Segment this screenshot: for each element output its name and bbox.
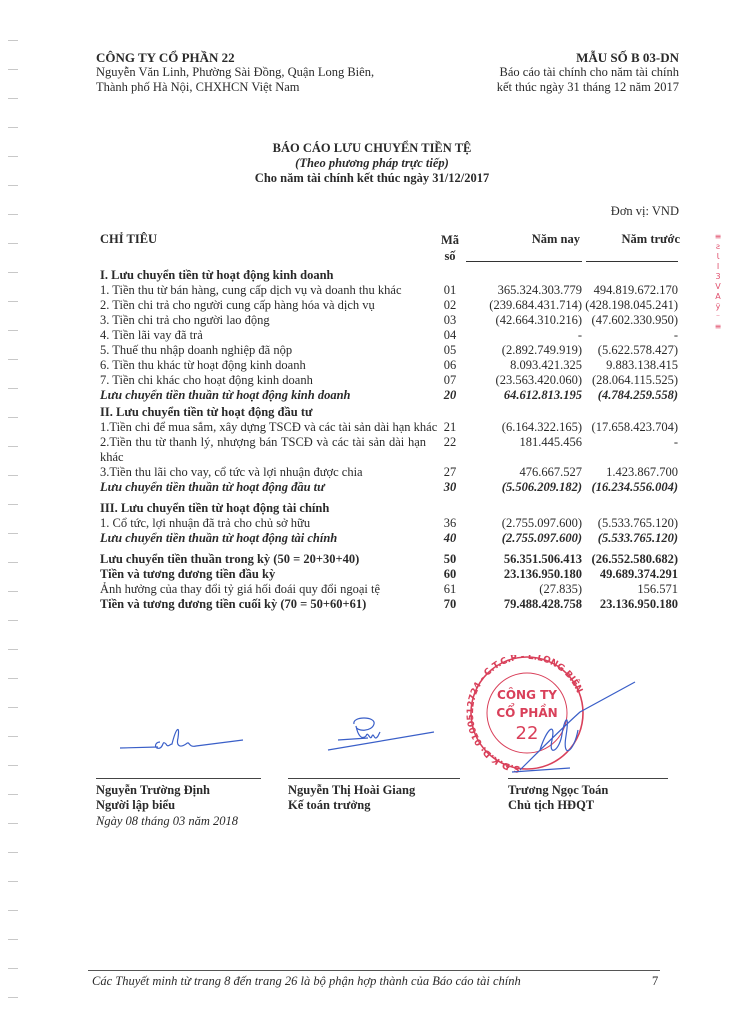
- row-label: Lưu chuyển tiền thuần từ hoạt động đầu t…: [100, 480, 430, 495]
- binder-mark: [8, 127, 18, 128]
- table-row: 7. Tiền chi khác cho hoạt động kinh doan…: [96, 373, 680, 388]
- signing-date: Ngày 08 tháng 03 năm 2018: [96, 814, 238, 829]
- binder-mark: [8, 823, 18, 824]
- header-code: Mã số: [440, 232, 460, 264]
- company-name: CÔNG TY CỔ PHẦN 22: [96, 50, 374, 65]
- row-label: Lưu chuyển tiền thuần trong kỳ (50 = 20+…: [100, 552, 430, 567]
- binder-mark: [8, 765, 18, 766]
- row-label: 6. Tiền thu khác từ hoạt động kinh doanh: [100, 358, 430, 373]
- header-underline-current: [466, 261, 582, 262]
- header-code-line2: số: [440, 248, 460, 264]
- binder-mark: [8, 997, 18, 998]
- signature-line: [508, 778, 668, 779]
- row-code: 04: [436, 328, 464, 343]
- row-current-year: (5.506.209.182): [464, 480, 582, 495]
- table-row: 4. Tiền lãi vay đã trả04--: [96, 328, 680, 343]
- row-code: 07: [436, 373, 464, 388]
- row-label: Lưu chuyển tiền thuần từ hoạt động kinh …: [100, 388, 430, 403]
- row-current-year: (42.664.310.216): [464, 313, 582, 328]
- footer-rule: [88, 970, 660, 971]
- binder-mark: [8, 968, 18, 969]
- form-header: MẪU SỐ B 03-DN Báo cáo tài chính cho năm…: [497, 50, 679, 95]
- binder-mark: [8, 243, 18, 244]
- binder-mark: [8, 446, 18, 447]
- row-label: Ảnh hưởng của thay đổi tỷ giá hối đoái q…: [100, 582, 430, 597]
- row-code: 60: [436, 567, 464, 582]
- row-code: 06: [436, 358, 464, 373]
- binder-mark: [8, 214, 18, 215]
- preparer-role: Người lập biểu: [96, 798, 261, 813]
- signer-chairman: Trương Ngọc Toán Chủ tịch HĐQT: [508, 778, 668, 813]
- total-row: Lưu chuyển tiền thuần trong kỳ (50 = 20+…: [96, 552, 680, 567]
- row-previous-year: -: [582, 435, 678, 450]
- row-current-year: 64.612.813.195: [464, 388, 582, 403]
- binder-mark: [8, 272, 18, 273]
- company-address-line1: Nguyễn Văn Linh, Phường Sài Đồng, Quận L…: [96, 65, 374, 80]
- company-header: CÔNG TY CỔ PHẦN 22 Nguyễn Văn Linh, Phườ…: [96, 50, 374, 95]
- binder-mark: [8, 417, 18, 418]
- accountant-signature: [326, 714, 436, 756]
- form-code: MẪU SỐ B 03-DN: [497, 50, 679, 65]
- row-previous-year: (5.533.765.120): [582, 531, 678, 546]
- binder-mark: [8, 69, 18, 70]
- cash-flow-table: I. Lưu chuyển tiền từ hoạt động kinh doa…: [96, 268, 680, 612]
- binder-mark: [8, 620, 18, 621]
- report-description-line2: kết thúc ngày 31 tháng 12 năm 2017: [497, 80, 679, 95]
- report-method: (Theo phương pháp trực tiếp): [0, 156, 744, 171]
- row-code: 05: [436, 343, 464, 358]
- binder-mark: [8, 40, 18, 41]
- row-code: 01: [436, 283, 464, 298]
- row-label: Tiền và tương đương tiền đầu kỳ: [100, 567, 430, 582]
- row-previous-year: 9.883.138.415: [582, 358, 678, 373]
- binder-mark: [8, 649, 18, 650]
- binder-mark: [8, 852, 18, 853]
- row-label: Lưu chuyển tiền thuần từ hoạt động tài c…: [100, 531, 430, 546]
- row-previous-year: (17.658.423.704): [582, 420, 678, 435]
- row-previous-year: 1.423.867.700: [582, 465, 678, 480]
- signer-chief-accountant: Nguyễn Thị Hoài Giang Kế toán trưởng: [288, 778, 460, 813]
- report-period: Cho năm tài chính kết thúc ngày 31/12/20…: [0, 171, 744, 186]
- row-label: 1.Tiền chi để mua sắm, xây dựng TSCĐ và …: [100, 420, 430, 435]
- table-row: 1. Tiền thu từ bán hàng, cung cấp dịch v…: [96, 283, 680, 298]
- row-previous-year: (47.602.330.950): [582, 313, 678, 328]
- binder-mark: [8, 881, 18, 882]
- row-label: 7. Tiền chi khác cho hoạt động kinh doan…: [100, 373, 430, 388]
- row-label: 3.Tiền thu lãi cho vay, cổ tức và lợi nh…: [100, 465, 430, 480]
- chairman-role: Chủ tịch HĐQT: [508, 798, 668, 813]
- footer-note: Các Thuyết minh từ trang 8 đến trang 26 …: [92, 974, 521, 989]
- row-code: 61: [436, 582, 464, 597]
- row-current-year: 476.667.527: [464, 465, 582, 480]
- row-previous-year: (5.533.765.120): [582, 516, 678, 531]
- row-current-year: (6.164.322.165): [464, 420, 582, 435]
- signature-line: [288, 778, 460, 779]
- chairman-signature: [500, 680, 640, 780]
- row-previous-year: 23.136.950.180: [582, 597, 678, 612]
- total-row: Tiền và tương đương tiền đầu kỳ6023.136.…: [96, 567, 680, 582]
- row-current-year: (23.563.420.060): [464, 373, 582, 388]
- row-code: 02: [436, 298, 464, 313]
- row-current-year: 56.351.506.413: [464, 552, 582, 567]
- company-address-line2: Thành phố Hà Nội, CHXHCN Việt Nam: [96, 80, 374, 95]
- subtotal-row: Lưu chuyển tiền thuần từ hoạt động tài c…: [96, 531, 680, 546]
- binder-mark: [8, 591, 18, 592]
- row-previous-year: (5.622.578.427): [582, 343, 678, 358]
- row-label: 4. Tiền lãi vay đã trả: [100, 328, 430, 343]
- signer-preparer: Nguyễn Trường Định Người lập biểu: [96, 778, 261, 813]
- table-row: 3. Tiền chi trả cho người lao động03(42.…: [96, 313, 680, 328]
- row-current-year: 8.093.421.325: [464, 358, 582, 373]
- table-row: 1.Tiền chi để mua sắm, xây dựng TSCĐ và …: [96, 420, 680, 435]
- chairman-name: Trương Ngọc Toán: [508, 783, 668, 798]
- row-label: 5. Thuế thu nhập doanh nghiệp đã nộp: [100, 343, 430, 358]
- row-current-year: 181.445.456: [464, 435, 582, 450]
- row-previous-year: (428.198.045.241): [582, 298, 678, 313]
- binder-mark: [8, 533, 18, 534]
- header-item: CHỈ TIÊU: [100, 232, 157, 247]
- page-number: 7: [652, 974, 658, 989]
- row-current-year: 23.136.950.180: [464, 567, 582, 582]
- row-code: 50: [436, 552, 464, 567]
- row-code: 70: [436, 597, 464, 612]
- row-label: I. Lưu chuyển tiền từ hoạt động kinh doa…: [100, 268, 430, 283]
- row-current-year: (239.684.431.714): [464, 298, 582, 313]
- row-label: III. Lưu chuyển tiền từ hoạt động tài ch…: [100, 501, 430, 516]
- row-code: 20: [436, 388, 464, 403]
- row-code: 21: [436, 420, 464, 435]
- chief-accountant-role: Kế toán trưởng: [288, 798, 460, 813]
- table-header: CHỈ TIÊU Mã số Năm nay Năm trước: [96, 232, 680, 266]
- row-label: 1. Tiền thu từ bán hàng, cung cấp dịch v…: [100, 283, 430, 298]
- subtotal-row: Lưu chuyển tiền thuần từ hoạt động đầu t…: [96, 480, 680, 495]
- row-code: 27: [436, 465, 464, 480]
- row-label: 3. Tiền chi trả cho người lao động: [100, 313, 430, 328]
- header-code-line1: Mã: [440, 232, 460, 248]
- row-current-year: (2.755.097.600): [464, 516, 582, 531]
- table-row: Ảnh hưởng của thay đổi tỷ giá hối đoái q…: [96, 582, 680, 597]
- row-current-year: -: [464, 328, 582, 343]
- binder-mark: [8, 301, 18, 302]
- report-title: BÁO CÁO LƯU CHUYỂN TIỀN TỆ: [0, 141, 744, 156]
- subtotal-row: Lưu chuyển tiền thuần từ hoạt động kinh …: [96, 388, 680, 403]
- row-previous-year: (16.234.556.004): [582, 480, 678, 495]
- binder-mark: [8, 98, 18, 99]
- binder-mark: [8, 707, 18, 708]
- row-label: 2. Tiền chi trả cho người cung cấp hàng …: [100, 298, 430, 313]
- row-current-year: (2.755.097.600): [464, 531, 582, 546]
- row-previous-year: -: [582, 328, 678, 343]
- section-heading: I. Lưu chuyển tiền từ hoạt động kinh doa…: [96, 268, 680, 283]
- binder-mark: [8, 359, 18, 360]
- binder-mark: [8, 330, 18, 331]
- header-underline-previous: [586, 261, 678, 262]
- row-code: 40: [436, 531, 464, 546]
- preparer-name: Nguyễn Trường Định: [96, 783, 261, 798]
- row-current-year: (27.835): [464, 582, 582, 597]
- binder-mark: [8, 939, 18, 940]
- currency-unit: Đơn vị: VND: [611, 204, 679, 219]
- row-label: 1. Cổ tức, lợi nhuận đã trả cho chủ sở h…: [100, 516, 430, 531]
- row-current-year: (2.892.749.919): [464, 343, 582, 358]
- binder-mark: [8, 794, 18, 795]
- row-previous-year: 49.689.374.291: [582, 567, 678, 582]
- total-row: Tiền và tương đương tiền cuối kỳ (70 = 5…: [96, 597, 680, 612]
- row-code: 36: [436, 516, 464, 531]
- row-previous-year: 156.571: [582, 582, 678, 597]
- table-row: 2.Tiền thu từ thanh lý, nhượng bán TSCĐ …: [96, 435, 680, 465]
- signature-line: [96, 778, 261, 779]
- binder-mark: [8, 736, 18, 737]
- table-row: 2. Tiền chi trả cho người cung cấp hàng …: [96, 298, 680, 313]
- row-current-year: 365.324.303.779: [464, 283, 582, 298]
- report-title-block: BÁO CÁO LƯU CHUYỂN TIỀN TỆ (Theo phương …: [0, 141, 744, 186]
- margin-stamp-mark: ≡ꙅƖI3VAÿ⁻≡: [712, 232, 724, 332]
- binder-mark: [8, 388, 18, 389]
- binder-mark: [8, 475, 18, 476]
- binder-mark: [8, 910, 18, 911]
- table-row: 1. Cổ tức, lợi nhuận đã trả cho chủ sở h…: [96, 516, 680, 531]
- row-previous-year: 494.819.672.170: [582, 283, 678, 298]
- table-row: 6. Tiền thu khác từ hoạt động kinh doanh…: [96, 358, 680, 373]
- section-heading: III. Lưu chuyển tiền từ hoạt động tài ch…: [96, 501, 680, 516]
- row-label: 2.Tiền thu từ thanh lý, nhượng bán TSCĐ …: [100, 435, 426, 465]
- header-previous-year: Năm trước: [562, 232, 680, 247]
- row-previous-year: (4.784.259.558): [582, 388, 678, 403]
- binder-mark: [8, 678, 18, 679]
- row-label: Tiền và tương đương tiền cuối kỳ (70 = 5…: [100, 597, 430, 612]
- preparer-signature: [118, 726, 248, 756]
- binder-mark: [8, 562, 18, 563]
- row-code: 22: [436, 435, 464, 450]
- chief-accountant-name: Nguyễn Thị Hoài Giang: [288, 783, 460, 798]
- report-description-line1: Báo cáo tài chính cho năm tài chính: [497, 65, 679, 80]
- row-previous-year: (28.064.115.525): [582, 373, 678, 388]
- row-label: II. Lưu chuyển tiền từ hoạt động đầu tư: [100, 405, 430, 420]
- row-current-year: 79.488.428.758: [464, 597, 582, 612]
- row-code: 03: [436, 313, 464, 328]
- binder-mark: [8, 504, 18, 505]
- section-heading: II. Lưu chuyển tiền từ hoạt động đầu tư: [96, 405, 680, 420]
- table-row: 5. Thuế thu nhập doanh nghiệp đã nộp05(2…: [96, 343, 680, 358]
- row-previous-year: (26.552.580.682): [582, 552, 678, 567]
- row-code: 30: [436, 480, 464, 495]
- table-row: 3.Tiền thu lãi cho vay, cổ tức và lợi nh…: [96, 465, 680, 480]
